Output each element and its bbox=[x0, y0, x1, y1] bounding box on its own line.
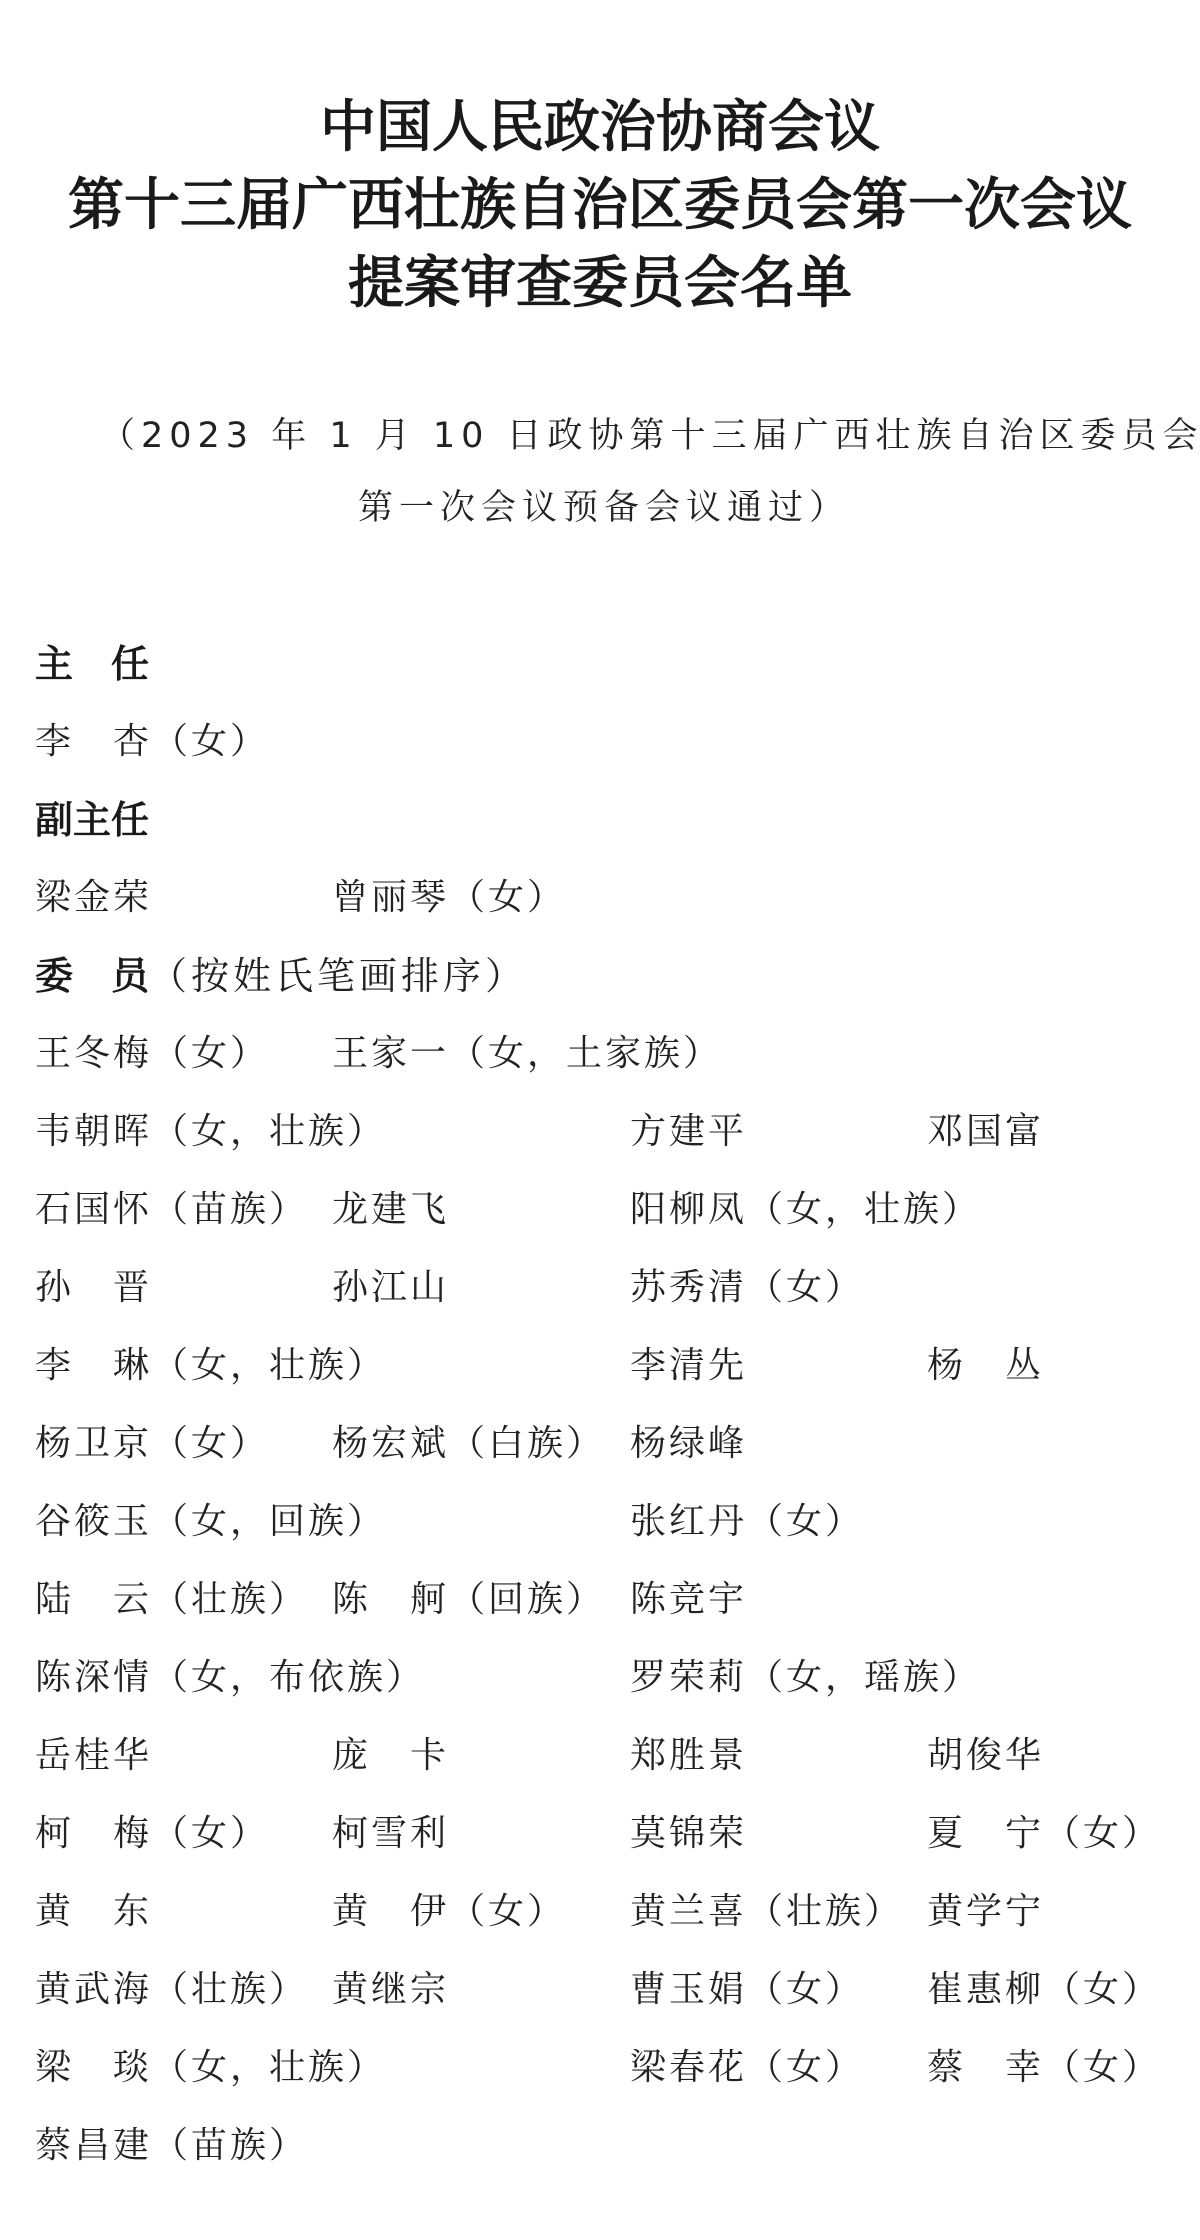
member-name: 杨宏斌（白族） bbox=[332, 1422, 605, 1466]
member-name: 李 琳（女，壮族） bbox=[35, 1344, 386, 1388]
member-name: 曹玉娟（女） bbox=[630, 1968, 864, 2012]
member-name: 阳柳凤（女，壮族） bbox=[630, 1188, 981, 1232]
member-row: 王冬梅（女） 王家一（女，土家族） bbox=[0, 1032, 1200, 1076]
member-name: 罗荣莉（女，瑶族） bbox=[630, 1656, 981, 1700]
member-name: 杨卫京（女） bbox=[35, 1422, 269, 1466]
member-name: 黄 伊（女） bbox=[332, 1890, 566, 1934]
member-name: 龙建飞 bbox=[332, 1188, 449, 1232]
title-line-3: 提案审查委员会名单 bbox=[0, 244, 1200, 322]
member-name: 孙江山 bbox=[332, 1266, 449, 1310]
member-row: 孙 晋 孙江山 苏秀清（女） bbox=[0, 1266, 1200, 1310]
member-name: 苏秀清（女） bbox=[630, 1266, 864, 1310]
member-name: 梁 琰（女，壮族） bbox=[35, 2046, 386, 2090]
member-name: 黄武海（壮族） bbox=[35, 1968, 308, 2012]
member-name: 杨 丛 bbox=[927, 1344, 1044, 1388]
member-name: 方建平 bbox=[630, 1110, 747, 1154]
member-name: 曾丽琴（女） bbox=[332, 876, 566, 920]
member-name: 张红丹（女） bbox=[630, 1500, 864, 1544]
member-row: 陆 云（壮族） 陈 舸（回族） 陈竞宇 bbox=[0, 1578, 1200, 1622]
member-row: 李 琳（女，壮族） 李清先 杨 丛 bbox=[0, 1344, 1200, 1388]
member-name: 李清先 bbox=[630, 1344, 747, 1388]
title-line-2: 第十三届广西壮族自治区委员会第一次会议 bbox=[0, 166, 1200, 244]
member-name: 王冬梅（女） bbox=[35, 1032, 269, 1076]
member-name: 崔惠柳（女） bbox=[927, 1968, 1161, 2012]
member-name: 李 杏（女） bbox=[35, 720, 269, 764]
member-name: 柯 梅（女） bbox=[35, 1812, 269, 1856]
member-name: 莫锦荣 bbox=[630, 1812, 747, 1856]
member-row: 岳桂华 庞 卡 郑胜景 胡俊华 bbox=[0, 1734, 1200, 1778]
member-row: 黄武海（壮族） 黄继宗 曹玉娟（女） 崔惠柳（女） bbox=[0, 1968, 1200, 2012]
member-name: 岳桂华 bbox=[35, 1734, 152, 1778]
title-line-1: 中国人民政治协商会议 bbox=[0, 88, 1200, 166]
member-name: 谷筱玉（女，回族） bbox=[35, 1500, 386, 1544]
member-name: 陈 舸（回族） bbox=[332, 1578, 605, 1622]
member-name: 黄兰喜（壮族） bbox=[630, 1890, 903, 1934]
member-name: 胡俊华 bbox=[927, 1734, 1044, 1778]
member-row: 黄 东 黄 伊（女） 黄兰喜（壮族） 黄学宁 bbox=[0, 1890, 1200, 1934]
member-name: 郑胜景 bbox=[630, 1734, 747, 1778]
member-name: 邓国富 bbox=[927, 1110, 1044, 1154]
member-row: 谷筱玉（女，回族） 张红丹（女） bbox=[0, 1500, 1200, 1544]
member-name: 梁春花（女） bbox=[630, 2046, 864, 2090]
document-title: 中国人民政治协商会议 第十三届广西壮族自治区委员会第一次会议 提案审查委员会名单 bbox=[0, 88, 1200, 322]
member-name: 黄学宁 bbox=[927, 1890, 1044, 1934]
members-heading-label: 委 员 bbox=[35, 954, 149, 998]
section-heading-members: 委 员（按姓氏笔画排序） bbox=[35, 954, 527, 998]
member-name: 陈竞宇 bbox=[630, 1578, 747, 1622]
member-name: 蔡 幸（女） bbox=[927, 2046, 1161, 2090]
section-heading-deputy-director: 副主任 bbox=[35, 798, 149, 842]
member-name: 杨绿峰 bbox=[630, 1422, 747, 1466]
member-name: 梁金荣 bbox=[35, 876, 152, 920]
member-name: 韦朝晖（女，壮族） bbox=[35, 1110, 386, 1154]
member-name: 庞 卡 bbox=[332, 1734, 449, 1778]
member-name: 石国怀（苗族） bbox=[35, 1188, 308, 1232]
member-name: 王家一（女，土家族） bbox=[332, 1032, 722, 1076]
member-name: 陈深情（女，布依族） bbox=[35, 1656, 425, 1700]
member-name: 蔡昌建（苗族） bbox=[35, 2124, 308, 2168]
member-name: 孙 晋 bbox=[35, 1266, 152, 1310]
member-row: 梁 琰（女，壮族） 梁春花（女） 蔡 幸（女） bbox=[0, 2046, 1200, 2090]
member-name: 黄 东 bbox=[35, 1890, 152, 1934]
deputy-director-row: 梁金荣 曾丽琴（女） bbox=[0, 876, 1200, 920]
member-name: 黄继宗 bbox=[332, 1968, 449, 2012]
director-row: 李 杏（女） bbox=[0, 720, 1200, 764]
approval-note-line-2: 第一次会议预备会议通过） bbox=[358, 488, 850, 528]
member-row: 杨卫京（女） 杨宏斌（白族） 杨绿峰 bbox=[0, 1422, 1200, 1466]
members-heading-note: （按姓氏笔画排序） bbox=[149, 954, 527, 998]
approval-note-line-1: （2023 年 1 月 10 日政协第十三届广西壮族自治区委员会 bbox=[100, 416, 1200, 456]
member-row: 韦朝晖（女，壮族） 方建平 邓国富 bbox=[0, 1110, 1200, 1154]
member-name: 柯雪利 bbox=[332, 1812, 449, 1856]
member-row: 石国怀（苗族） 龙建飞 阳柳凤（女，壮族） bbox=[0, 1188, 1200, 1232]
section-heading-director: 主 任 bbox=[35, 642, 149, 686]
member-name: 夏 宁（女） bbox=[927, 1812, 1161, 1856]
member-row: 蔡昌建（苗族） bbox=[0, 2124, 1200, 2168]
member-name: 陆 云（壮族） bbox=[35, 1578, 308, 1622]
member-row: 柯 梅（女） 柯雪利 莫锦荣 夏 宁（女） bbox=[0, 1812, 1200, 1856]
member-row: 陈深情（女，布依族） 罗荣莉（女，瑶族） bbox=[0, 1656, 1200, 1700]
